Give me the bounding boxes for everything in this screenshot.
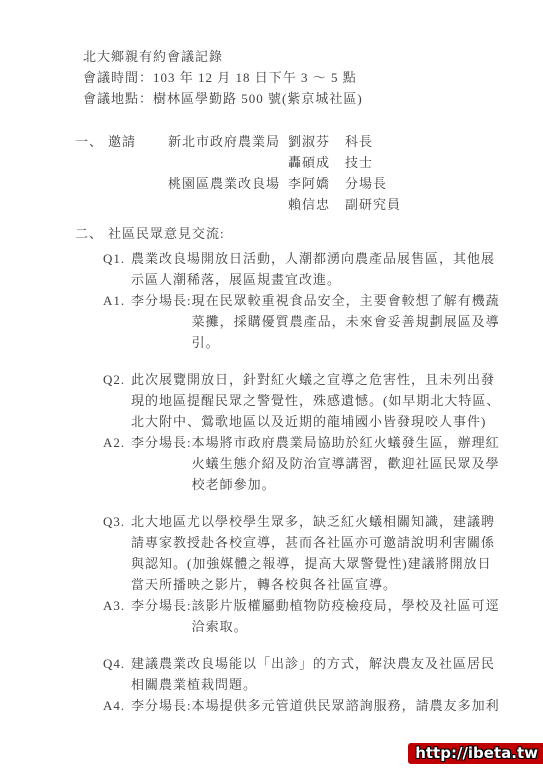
attendee-row: 桃園區農業改良場 李阿嬌 分場長: [168, 173, 505, 194]
attendee-org: 新北市政府農業局: [168, 131, 288, 152]
attendee-name: 劉淑芬: [288, 131, 345, 152]
site-watermark: http://ibeta.tw: [408, 743, 543, 764]
invitation-section: 一、 邀請 新北市政府農業局 劉淑芬 科長 轟碩成 技士 桃園區農業改良場 李阿…: [75, 131, 505, 215]
answer-label: A2.: [103, 432, 131, 453]
attendee-org: 桃園區農業改良場: [168, 173, 288, 194]
answer-text: 該影片版權屬動植物防疫檢疫局，學校及社區可逕 洽索取。: [192, 595, 505, 637]
question-item-q4: Q4. 建議農業改良場能以「出診」的方式，解決農友及社區居民 相關農業植栽問題。: [75, 653, 505, 695]
question-label: Q3.: [103, 511, 131, 532]
attendee-row: 賴信忠 副研究員: [168, 194, 505, 215]
question-text: 此次展覽開放日，針對紅火蟻之宣導之危害性，且未列出發 現的地區提醒民眾之警覺性，…: [131, 369, 505, 432]
attendee-table: 新北市政府農業局 劉淑芬 科長 轟碩成 技士 桃園區農業改良場 李阿嬌 分場長 …: [168, 131, 505, 215]
attendee-name: 李阿嬌: [288, 173, 345, 194]
attendee-name: 轟碩成: [288, 152, 345, 173]
answer-speaker: 李分場長:: [131, 432, 192, 453]
question-label: Q2.: [103, 369, 131, 390]
question-text: 農業改良場開放日活動，人潮都湧向農產品展售區，其他展 示區人潮稀落，展區規畫宜改…: [131, 248, 505, 290]
meeting-time: 會議時間：103 年 12 月 18 日下午 3 ～ 5 點: [83, 67, 505, 88]
qa-group-4: Q4. 建議農業改良場能以「出診」的方式，解決農友及社區居民 相關農業植栽問題。…: [75, 653, 505, 716]
answer-speaker: 李分場長:: [131, 695, 192, 716]
attendee-title: 分場長: [345, 173, 505, 194]
attendee-title: 副研究員: [345, 194, 505, 215]
section-two-title: 社區民眾意見交流:: [108, 223, 225, 244]
question-text: 北大地區尤以學校學生眾多，缺乏紅火蟻相關知識，建議聘 請專家教授赴各校宣導，甚而…: [131, 511, 505, 595]
qa-group-1: Q1. 農業改良場開放日活動，人潮都湧向農產品展售區，其他展 示區人潮稀落，展區…: [75, 248, 505, 353]
question-item-q1: Q1. 農業改良場開放日活動，人潮都湧向農產品展售區，其他展 示區人潮稀落，展區…: [75, 248, 505, 290]
discussion-section-heading: 二、 社區民眾意見交流:: [75, 223, 505, 244]
answer-label: A4.: [103, 695, 131, 716]
attendee-title: 技士: [345, 152, 505, 173]
question-text: 建議農業改良場能以「出診」的方式，解決農友及社區居民 相關農業植栽問題。: [131, 653, 505, 695]
answer-item-a2: A2. 李分場長: 本場將市政府農業局協助於紅火蟻發生區，辦理紅 火蟻生態介紹及…: [75, 432, 505, 495]
question-item-q3: Q3. 北大地區尤以學校學生眾多，缺乏紅火蟻相關知識，建議聘 請專家教授赴各校宣…: [75, 511, 505, 595]
answer-item-a3: A3. 李分場長: 該影片版權屬動植物防疫檢疫局，學校及社區可逕 洽索取。: [75, 595, 505, 637]
answer-speaker: 李分場長:: [131, 290, 192, 311]
invitation-section-heading: 一、 邀請: [75, 131, 168, 215]
document-page: 北大鄉親有約會議記錄 會議時間：103 年 12 月 18 日下午 3 ～ 5 …: [0, 0, 543, 768]
answer-label: A3.: [103, 595, 131, 616]
answer-text: 本場將市政府農業局協助於紅火蟻發生區，辦理紅 火蟻生態介紹及防治宣導講習，歡迎社…: [192, 432, 505, 495]
qa-list: Q1. 農業改良場開放日活動，人潮都湧向農產品展售區，其他展 示區人潮稀落，展區…: [75, 248, 505, 716]
question-label: Q1.: [103, 248, 131, 269]
attendee-row: 新北市政府農業局 劉淑芬 科長: [168, 131, 505, 152]
answer-speaker: 李分場長:: [131, 595, 192, 616]
answer-text: 本場提供多元管道供民眾諮詢服務，請農友多加利: [192, 695, 505, 716]
question-label: Q4.: [103, 653, 131, 674]
section-one-index: 一、: [75, 131, 108, 215]
document-title: 北大鄉親有約會議記錄: [83, 46, 505, 67]
answer-text: 現在民眾較重視食品安全，主要會較想了解有機蔬 菜攤，採購優質農產品，未來會妥善規…: [192, 290, 505, 353]
section-two-index: 二、: [75, 223, 108, 244]
document-body: 北大鄉親有約會議記錄 會議時間：103 年 12 月 18 日下午 3 ～ 5 …: [0, 0, 543, 716]
answer-item-a1: A1. 李分場長: 現在民眾較重視食品安全，主要會較想了解有機蔬 菜攤，採購優質…: [75, 290, 505, 353]
question-item-q2: Q2. 此次展覽開放日，針對紅火蟻之宣導之危害性，且未列出發 現的地區提醒民眾之…: [75, 369, 505, 432]
qa-group-3: Q3. 北大地區尤以學校學生眾多，缺乏紅火蟻相關知識，建議聘 請專家教授赴各校宣…: [75, 511, 505, 637]
attendee-name: 賴信忠: [288, 194, 345, 215]
answer-item-a4: A4. 李分場長: 本場提供多元管道供民眾諮詢服務，請農友多加利: [75, 695, 505, 716]
meeting-place: 會議地點：樹林區學勤路 500 號(紫京城社區): [83, 88, 505, 109]
attendee-org: [168, 194, 288, 215]
section-one-title: 邀請: [108, 131, 136, 215]
attendee-title: 科長: [345, 131, 505, 152]
attendee-row: 轟碩成 技士: [168, 152, 505, 173]
attendee-org: [168, 152, 288, 173]
answer-label: A1.: [103, 290, 131, 311]
qa-group-2: Q2. 此次展覽開放日，針對紅火蟻之宣導之危害性，且未列出發 現的地區提醒民眾之…: [75, 369, 505, 495]
